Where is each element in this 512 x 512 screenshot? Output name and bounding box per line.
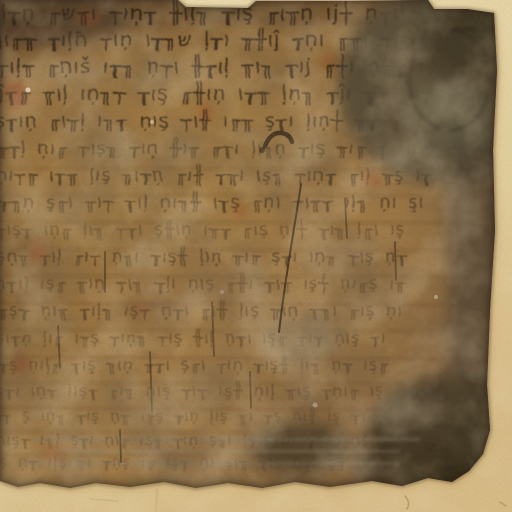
manuscript-sheet: ıļ┰ņ ╓ש╥ı ┬ıņ┰ ╫ıļ╖ ┰ış ╓ı╥ņ ıj┼ ņ┰ıļ ╥ş… — [0, 0, 512, 512]
manuscript-photo: ıļ┰ņ ╓ש╥ı ┬ıņ┰ ╫ıļ╖ ┰ış ╓ı╥ņ ıj┼ ņ┰ıļ ╥ş… — [0, 0, 512, 512]
noise-overlay — [0, 0, 512, 512]
manuscript-photo-canvas: ıļ┰ņ ╓ש╥ı ┬ıņ┰ ╫ıļ╖ ┰ış ╓ı╥ņ ıj┼ ņ┰ıļ ╥ş… — [0, 0, 512, 512]
